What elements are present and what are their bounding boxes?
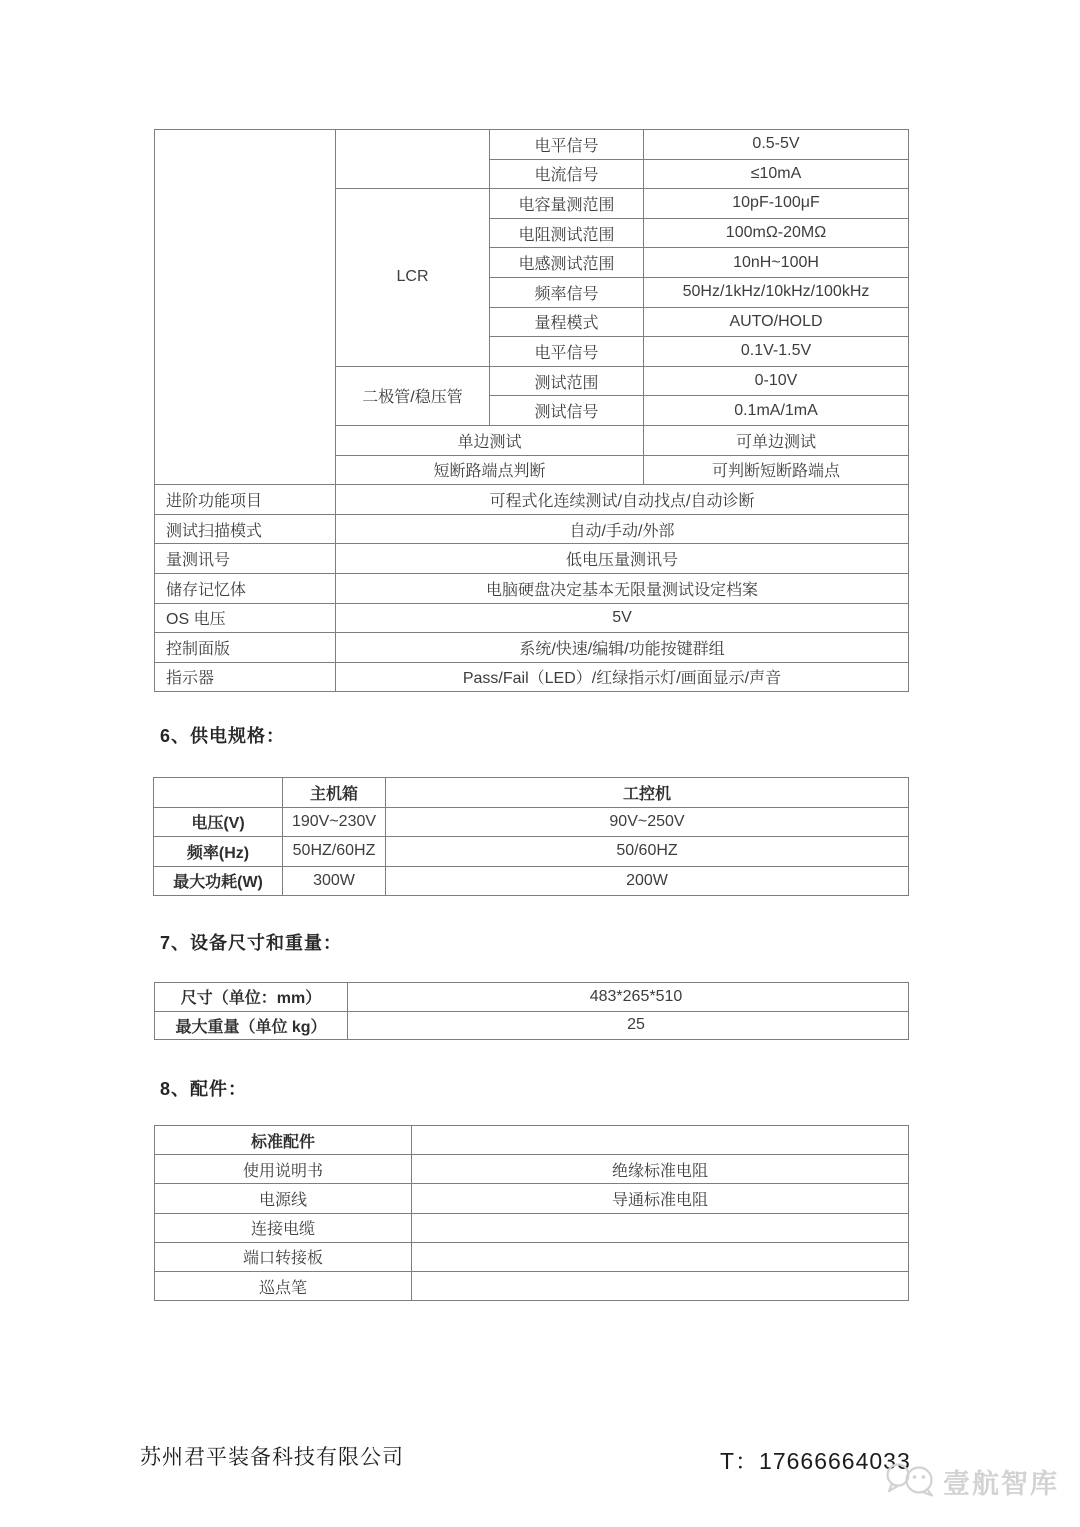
page: { "spec_table": { "groups": { "lcr": "LC… [0, 0, 1080, 1527]
acc-header: 标准配件 [155, 1126, 412, 1155]
spec-label: 电平信号 [490, 130, 644, 160]
acc-value: 绝缘标准电阻 [412, 1155, 909, 1184]
accessories-table: 标准配件 使用说明书 绝缘标准电阻 电源线 导通标准电阻 连接电缆 端口转接板 … [154, 1125, 909, 1301]
table-row: 端口转接板 [155, 1242, 909, 1271]
spec-value: 系统/快速/编辑/功能按键群组 [336, 633, 909, 663]
acc-value [412, 1242, 909, 1271]
table-row: 标准配件 [155, 1126, 909, 1155]
acc-value: 导通标准电阻 [412, 1184, 909, 1213]
spec-value: Pass/Fail（LED）/红绿指示灯/画面显示/声音 [336, 662, 909, 692]
spec-label: 频率信号 [490, 277, 644, 307]
dim-row-label: 尺寸（单位：mm） [155, 983, 348, 1012]
table-row: 主机箱 工控机 [154, 778, 909, 808]
spec-value: 0.1V-1.5V [644, 337, 909, 367]
spec-label: 电容量测范围 [490, 189, 644, 219]
spec-value: 可单边测试 [644, 425, 909, 455]
watermark-label: 壹航智库 [943, 1462, 1059, 1501]
power-col-main: 主机箱 [283, 778, 386, 808]
table-row: 最大功耗(W) 300W 200W [154, 866, 909, 896]
table-row: 频率(Hz) 50HZ/60HZ 50/60HZ [154, 837, 909, 867]
power-table: 主机箱 工控机 电压(V) 190V~230V 90V~250V 频率(Hz) … [153, 777, 909, 896]
spec-group-diode: 二极管/稳压管 [336, 366, 490, 425]
spec-value: 0.1mA/1mA [644, 396, 909, 426]
table-row: 连接电缆 [155, 1213, 909, 1242]
spec-value: 可判断短断路端点 [644, 455, 909, 485]
power-value: 90V~250V [386, 807, 909, 837]
acc-item: 巡点笔 [155, 1271, 412, 1300]
table-row: 控制面版 系统/快速/编辑/功能按键群组 [155, 633, 909, 663]
dim-row-label: 最大重量（单位 kg） [155, 1011, 348, 1040]
spec-value: 0.5-5V [644, 130, 909, 160]
spec-label: 电流信号 [490, 159, 644, 189]
spec-row-label: 储存记忆体 [155, 573, 336, 603]
acc-value [412, 1213, 909, 1242]
spec-value: 5V [336, 603, 909, 633]
acc-item: 使用说明书 [155, 1155, 412, 1184]
spec-row-label: 进阶功能项目 [155, 485, 336, 515]
footer-company-name: 苏州君平装备科技有限公司 [140, 1441, 404, 1471]
footer-phone: T：17666664033 [720, 1443, 911, 1476]
table-row: 电压(V) 190V~230V 90V~250V [154, 807, 909, 837]
section-heading-power: 6、供电规格： [160, 722, 285, 748]
spec-value: ≤10mA [644, 159, 909, 189]
power-value: 300W [283, 866, 386, 896]
table-row: 测试扫描模式 自动/手动/外部 [155, 514, 909, 544]
chat-bubbles-icon [884, 1460, 938, 1503]
spec-label: 电感测试范围 [490, 248, 644, 278]
spec-value: 电脑硬盘决定基本无限量测试设定档案 [336, 573, 909, 603]
spec-value: 0-10V [644, 366, 909, 396]
table-row: 进阶功能项目 可程式化连续测试/自动找点/自动诊断 [155, 485, 909, 515]
table-row: 量测讯号 低电压量测讯号 [155, 544, 909, 574]
spec-value: 低电压量测讯号 [336, 544, 909, 574]
table-row: 尺寸（单位：mm） 483*265*510 [155, 983, 909, 1012]
spec-label: 单边测试 [336, 425, 644, 455]
spec-group-lcr: LCR [336, 189, 490, 367]
acc-item: 端口转接板 [155, 1242, 412, 1271]
acc-item: 连接电缆 [155, 1213, 412, 1242]
power-row-label: 电压(V) [154, 807, 283, 837]
table-row: 使用说明书 绝缘标准电阻 [155, 1155, 909, 1184]
spec-value: AUTO/HOLD [644, 307, 909, 337]
spec-label: 电阻测试范围 [490, 218, 644, 248]
table-row: 储存记忆体 电脑硬盘决定基本无限量测试设定档案 [155, 573, 909, 603]
dim-value: 483*265*510 [348, 983, 909, 1012]
spec-table: 电平信号 0.5-5V 电流信号 ≤10mA LCR 电容量测范围 10pF-1… [154, 129, 909, 692]
spec-row-label: 控制面版 [155, 633, 336, 663]
section-heading-accessories: 8、配件： [160, 1075, 247, 1101]
table-row: 巡点笔 [155, 1271, 909, 1300]
power-row-label: 最大功耗(W) [154, 866, 283, 896]
spec-value: 10nH~100H [644, 248, 909, 278]
power-row-label: 频率(Hz) [154, 837, 283, 867]
spec-label: 测试范围 [490, 366, 644, 396]
dim-value: 25 [348, 1011, 909, 1040]
power-value: 190V~230V [283, 807, 386, 837]
table-row: 电源线 导通标准电阻 [155, 1184, 909, 1213]
spec-label: 测试信号 [490, 396, 644, 426]
acc-header-empty-cell [412, 1126, 909, 1155]
spec-value: 100mΩ-20MΩ [644, 218, 909, 248]
spec-row-label: 指示器 [155, 662, 336, 692]
spec-value: 10pF-100μF [644, 189, 909, 219]
spec-row-label: OS 电压 [155, 603, 336, 633]
spec-row-label: 测试扫描模式 [155, 514, 336, 544]
spec-row-label: 量测讯号 [155, 544, 336, 574]
power-value: 50HZ/60HZ [283, 837, 386, 867]
acc-value [412, 1271, 909, 1300]
spec-group-empty-cell [336, 130, 490, 189]
table-row: 最大重量（单位 kg） 25 [155, 1011, 909, 1040]
power-value: 50/60HZ [386, 837, 909, 867]
watermark: 壹航智库 [884, 1460, 1059, 1503]
power-corner-empty-cell [154, 778, 283, 808]
table-row: 指示器 Pass/Fail（LED）/红绿指示灯/画面显示/声音 [155, 662, 909, 692]
power-value: 200W [386, 866, 909, 896]
spec-value: 可程式化连续测试/自动找点/自动诊断 [336, 485, 909, 515]
section-heading-dimensions: 7、设备尺寸和重量： [160, 929, 342, 955]
spec-label: 量程模式 [490, 307, 644, 337]
table-row: OS 电压 5V [155, 603, 909, 633]
spec-label: 短断路端点判断 [336, 455, 644, 485]
spec-label: 电平信号 [490, 337, 644, 367]
spec-value: 自动/手动/外部 [336, 514, 909, 544]
spec-value: 50Hz/1kHz/10kHz/100kHz [644, 277, 909, 307]
power-col-ipc: 工控机 [386, 778, 909, 808]
dimensions-table: 尺寸（单位：mm） 483*265*510 最大重量（单位 kg） 25 [154, 982, 909, 1040]
spec-category-empty-cell [155, 130, 336, 485]
table-row: 电平信号 0.5-5V [155, 130, 909, 160]
acc-item: 电源线 [155, 1184, 412, 1213]
